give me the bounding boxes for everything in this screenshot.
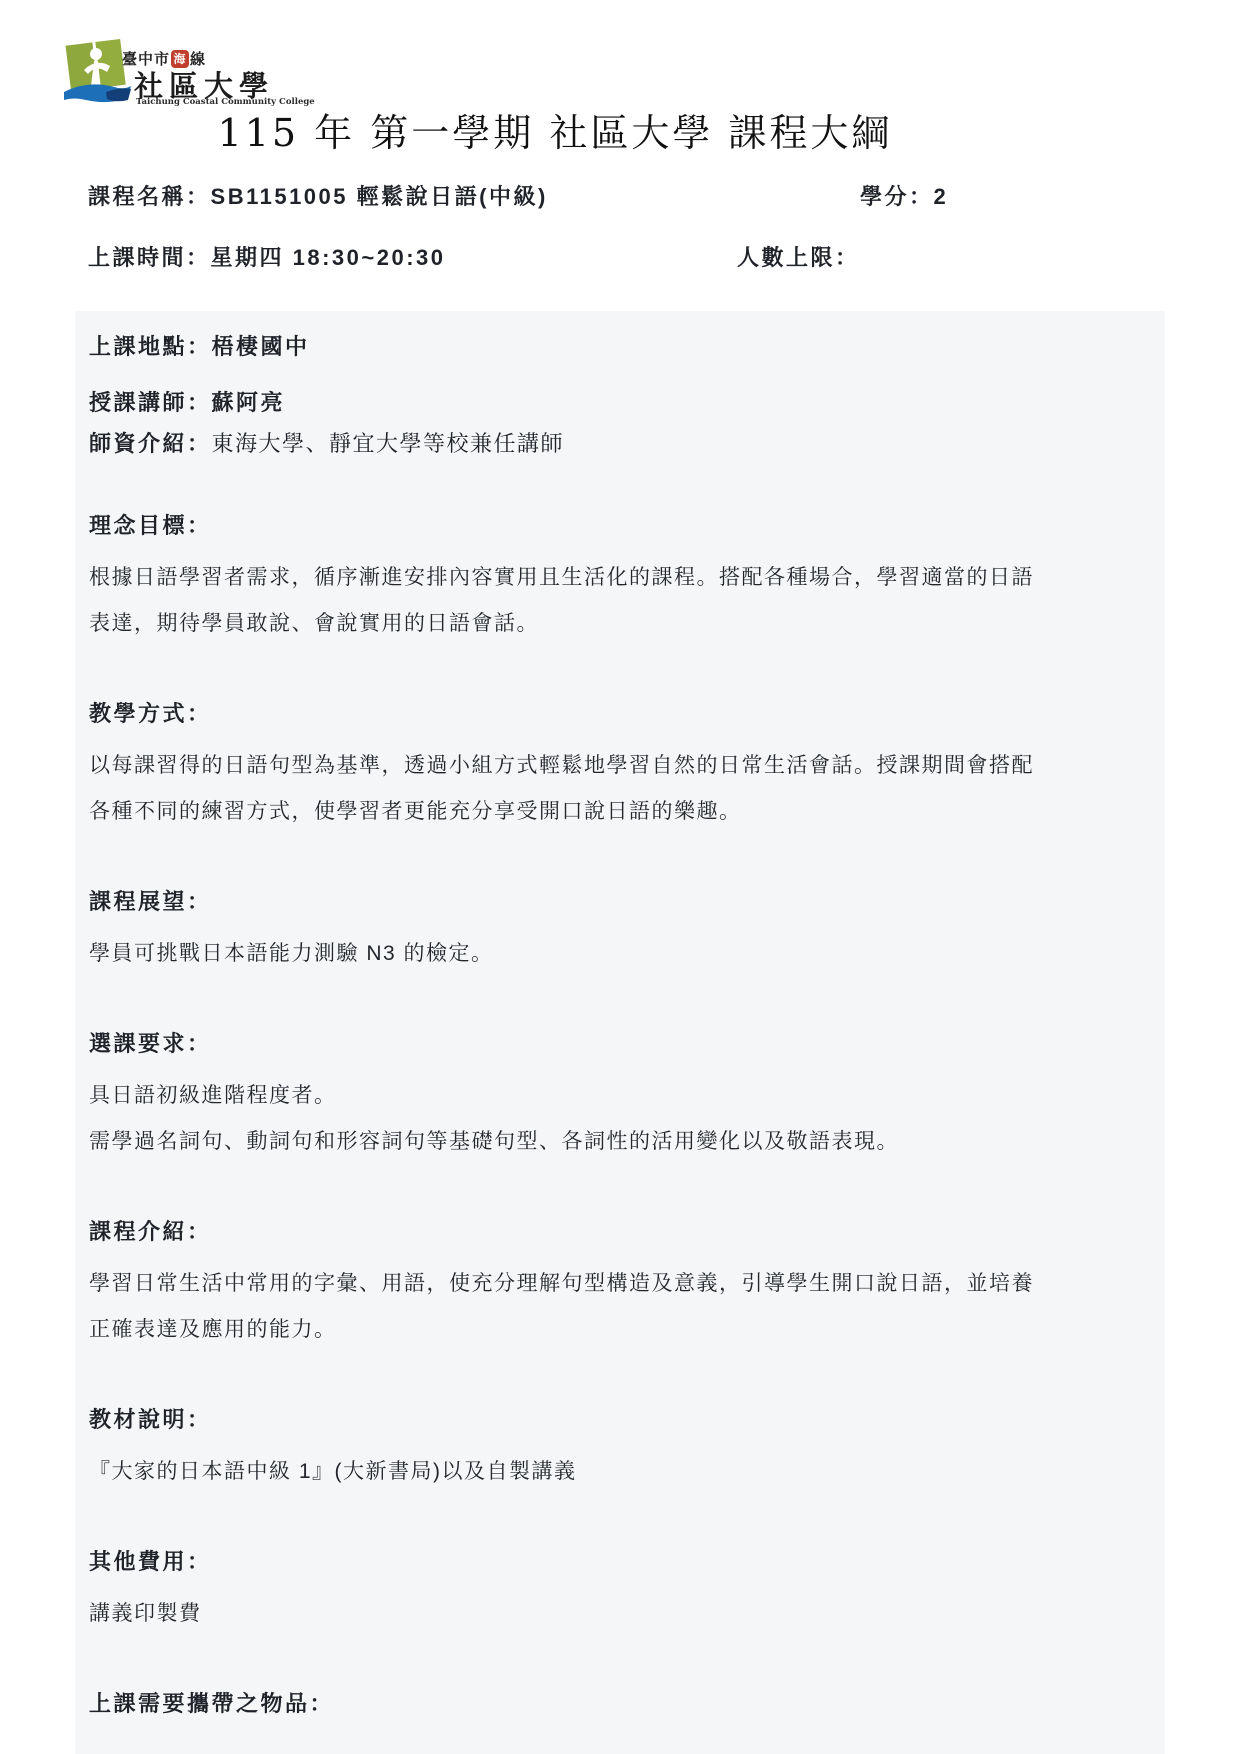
section-paragraph: 以每課習得的日語句型為基準，透過小組方式輕鬆地學習自然的日常生活會話。授課期間會…: [89, 743, 1041, 835]
course-name-row: 課程名稱：SB1151005 輕鬆說日語(中級) 學分：2: [88, 182, 1165, 212]
instructor-intro-value: 東海大學、靜宜大學等校兼任講師: [212, 431, 565, 456]
course-section: 課程展望：學員可挑戰日本語能力測驗 N3 的檢定。: [89, 887, 1145, 977]
instructor-intro-field: 師資介紹：東海大學、靜宜大學等校兼任講師: [89, 429, 1145, 459]
section-paragraph: 具日語初級進階程度者。: [89, 1073, 1041, 1119]
section-heading: 課程介紹：: [89, 1217, 1145, 1247]
course-section: 課程介紹：學習日常生活中常用的字彙、用語，使充分理解句型構造及意義，引導學生開口…: [89, 1217, 1145, 1353]
section-heading: 上課需要攜帶之物品：: [89, 1689, 1145, 1719]
course-section: 教材說明：『大家的日本語中級 1』(大新書局)以及自製講義: [89, 1405, 1145, 1495]
class-time-label: 上課時間：: [88, 245, 211, 270]
section-paragraph: 學習日常生活中常用的字彙、用語，使充分理解句型構造及意義，引導學生開口說日語，並…: [89, 1261, 1041, 1353]
course-detail-panel: 上課地點：梧棲國中 授課講師：蘇阿亮 師資介紹：東海大學、靜宜大學等校兼任講師 …: [75, 311, 1165, 1754]
course-section: 上課需要攜帶之物品：: [89, 1689, 1145, 1719]
course-section: 選課要求：具日語初級進階程度者。需學過名詞句、動詞句和形容詞句等基礎句型、各詞性…: [89, 1029, 1145, 1165]
course-section: 理念目標：根據日語學習者需求，循序漸進安排內容實用且生活化的課程。搭配各種場合，…: [89, 511, 1145, 647]
section-paragraph: 根據日語學習者需求，循序漸進安排內容實用且生活化的課程。搭配各種場合，學習適當的…: [89, 555, 1041, 647]
location-field: 上課地點：梧棲國中: [89, 332, 1145, 362]
credits-label: 學分：: [860, 184, 934, 209]
instructor-intro-label: 師資介紹：: [89, 431, 212, 456]
section-paragraph: 學員可挑戰日本語能力測驗 N3 的檢定。: [89, 931, 1041, 977]
section-paragraph: 需學過名詞句、動詞句和形容詞句等基礎句型、各詞性的活用變化以及敬語表現。: [89, 1119, 1041, 1165]
sections: 理念目標：根據日語學習者需求，循序漸進安排內容實用且生活化的課程。搭配各種場合，…: [89, 511, 1145, 1719]
section-heading: 理念目標：: [89, 511, 1145, 541]
class-time-field: 上課時間：星期四 18:30~20:30: [88, 245, 446, 270]
course-name-label: 課程名稱：: [88, 184, 211, 209]
class-time-value: 星期四 18:30~20:30: [211, 245, 446, 270]
section-heading: 教學方式：: [89, 699, 1145, 729]
credits-field: 學分：2: [860, 182, 948, 212]
course-outline-page: 臺中市海線 社區大學 Taichung Coastal Community Co…: [0, 0, 1240, 1754]
page-title: 115 年 第一學期 社區大學 課程大綱: [0, 102, 1240, 157]
location-value: 梧棲國中: [212, 334, 310, 359]
course-name-value: SB1151005 輕鬆說日語(中級): [211, 184, 548, 209]
instructor-field: 授課講師：蘇阿亮: [89, 388, 1145, 418]
instructor-label: 授課講師：: [89, 390, 212, 415]
section-heading: 課程展望：: [89, 887, 1145, 917]
course-section: 教學方式：以每課習得的日語句型為基準，透過小組方式輕鬆地學習自然的日常生活會話。…: [89, 699, 1145, 835]
instructor-value: 蘇阿亮: [212, 390, 286, 415]
credits-value: 2: [934, 184, 949, 209]
section-heading: 教材說明：: [89, 1405, 1145, 1435]
school-logo: 臺中市海線 社區大學 Taichung Coastal Community Co…: [62, 34, 277, 110]
capacity-label: 人數上限：: [737, 245, 860, 270]
section-paragraph: 『大家的日本語中級 1』(大新書局)以及自製講義: [89, 1449, 1041, 1495]
class-time-row: 上課時間：星期四 18:30~20:30 人數上限：: [88, 243, 1165, 273]
location-label: 上課地點：: [89, 334, 212, 359]
section-paragraph: 講義印製費: [89, 1591, 1041, 1637]
school-logo-graphic-icon: [62, 34, 132, 110]
section-heading: 選課要求：: [89, 1029, 1145, 1059]
course-name-field: 課程名稱：SB1151005 輕鬆說日語(中級): [88, 184, 548, 209]
course-section: 其他費用：講義印製費: [89, 1547, 1145, 1637]
section-heading: 其他費用：: [89, 1547, 1145, 1577]
capacity-field: 人數上限：: [737, 243, 860, 273]
